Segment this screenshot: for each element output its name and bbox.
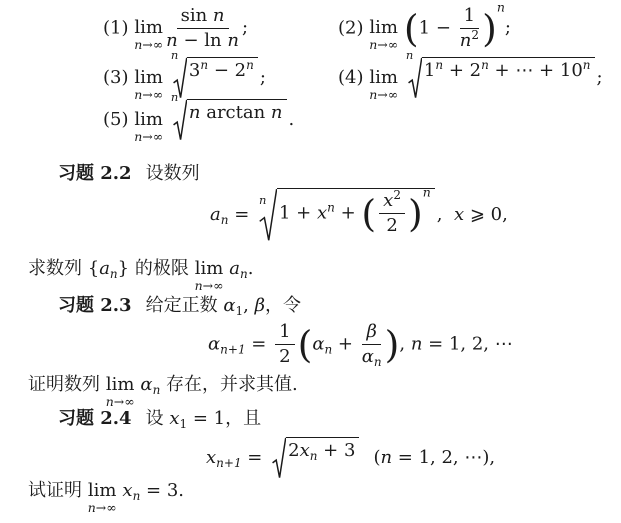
exponent: n: [481, 58, 489, 72]
term: + 3: [317, 440, 355, 461]
variable: x: [317, 202, 327, 223]
close-paren: ): [482, 6, 497, 50]
item-number: (1): [103, 17, 129, 38]
problem-item-1: (1) limn→∞sin nn − ln n;: [103, 6, 248, 52]
variable: α: [362, 346, 374, 367]
problem-item-4: (4) limn→∞ n1n + 2n + ⋯ + 10n;: [338, 57, 603, 101]
limit-op-text: lim: [369, 18, 398, 38]
fraction-denominator: 2: [279, 345, 290, 367]
text: = 3.: [140, 480, 184, 501]
variable: n: [213, 5, 225, 26]
limit-op-text: lim: [106, 375, 135, 395]
function-name: sin: [181, 5, 213, 26]
variable: a: [229, 258, 240, 279]
text: 求数列 {: [28, 258, 99, 279]
sequence-term: a: [210, 204, 221, 225]
subscript: n+1: [220, 342, 245, 356]
exercise-24-formula: xn+1 = 2xn + 3(n = 1, 2, ⋯),: [206, 437, 495, 479]
coefficient: 2: [288, 440, 299, 461]
exponent: n: [583, 58, 591, 72]
exercise-22-formula: an = n1 + xn + (x22)n, x ⩾ 0,: [210, 188, 508, 242]
textbook-page: (1) limn→∞sin nn − ln n; (2) limn→∞ (1 −…: [0, 0, 621, 523]
root-index: n: [171, 50, 178, 62]
variable: x: [122, 480, 132, 501]
fraction-denominator: 2: [386, 214, 397, 236]
exponent: 2: [471, 28, 479, 42]
variable: x: [454, 204, 464, 225]
radicand: 2xn + 3: [286, 437, 359, 479]
item-number: (5): [103, 109, 129, 130]
limit-subscript: n→∞: [134, 131, 163, 144]
limit-operator: limn→∞: [134, 18, 163, 51]
problem-item-2: (2) limn→∞ (1 − 1n2)n;: [338, 6, 511, 52]
root-index: n: [406, 50, 413, 62]
item-number: (3): [103, 67, 129, 88]
limit-operator: limn→∞: [369, 68, 398, 101]
limit-operator: limn→∞: [134, 68, 163, 101]
limit-op-text: lim: [369, 68, 398, 88]
variable: n: [189, 102, 201, 123]
item-number: (4): [338, 67, 364, 88]
nth-root: nn arctan n: [173, 99, 287, 141]
text: 给定正数: [146, 295, 224, 316]
operator: +: [332, 333, 359, 354]
exponent: n: [327, 200, 335, 214]
fraction-denominator: αn: [362, 345, 382, 367]
operator: +: [335, 202, 362, 223]
limit-op-text: lim: [134, 110, 163, 130]
radical-sign-icon: [272, 437, 286, 479]
punctuation: ,: [437, 204, 454, 225]
term: 2: [235, 60, 246, 81]
operator: +: [443, 60, 470, 81]
limit-operator: limn→∞: [134, 110, 163, 143]
fraction-numerator: β: [362, 322, 380, 345]
limit-operator: limn→∞: [369, 18, 398, 51]
fraction-numerator: x2: [379, 191, 405, 214]
limit-op-text: lim: [134, 68, 163, 88]
radical-sign-icon: [173, 99, 187, 141]
fraction-numerator: 1: [275, 322, 294, 345]
equals: =: [242, 447, 269, 468]
condition: ⩾ 0,: [464, 204, 508, 225]
limit-subscript: n→∞: [369, 89, 398, 102]
nth-root: n3n − 2n: [173, 57, 258, 99]
limit-subscript: n→∞: [369, 39, 398, 52]
text: 设: [146, 408, 170, 429]
punctuation: ;: [597, 67, 603, 88]
variable: x: [383, 190, 393, 211]
subscript: 1: [179, 417, 187, 431]
open-paren: (: [404, 6, 419, 50]
exercise-title: 习题 2.4: [58, 408, 132, 429]
fraction: βαn: [362, 322, 382, 367]
exercise-23-heading: 习题 2.3给定正数 α1, β，令: [58, 291, 301, 317]
exercise-22-question: 求数列 {an} 的极限 limn→∞ an.: [28, 254, 253, 292]
problem-item-3: (3) limn→∞ n3n − 2n;: [103, 57, 266, 101]
punctuation: .: [248, 258, 254, 279]
fraction-numerator: 1: [460, 6, 479, 29]
limit-operator: limn→∞: [195, 259, 224, 292]
nth-root: n1n + 2n + ⋯ + 10n: [408, 57, 595, 99]
text: 证明数列: [28, 374, 106, 395]
text: ，令: [265, 295, 301, 316]
limit-subscript: n→∞: [134, 39, 163, 52]
limit-op-text: lim: [134, 18, 163, 38]
function-name: arctan: [201, 102, 271, 123]
fraction: x22: [379, 191, 405, 236]
variable: n: [460, 30, 472, 51]
text: = 1，且: [187, 408, 261, 429]
exercise-23-formula: αn+1 = 12(αn + βαn), n = 1, 2, ⋯: [208, 322, 513, 367]
open-paren: (: [298, 322, 313, 366]
text: 存在，并求其值.: [160, 374, 297, 395]
fraction-numerator: sin n: [177, 6, 229, 29]
equals: =: [246, 333, 273, 354]
exercise-22-heading: 习题 2.2设数列: [58, 159, 200, 185]
square-root: 2xn + 3: [272, 437, 359, 479]
variable: n: [227, 30, 239, 51]
variable: a: [99, 258, 110, 279]
subscript: n: [240, 267, 248, 281]
subscript: n: [374, 355, 382, 369]
text: } 的极限: [118, 258, 195, 279]
exercise-intro: 设数列: [146, 163, 200, 184]
variable: α: [140, 374, 152, 395]
index-range: = 1, 2, ⋯: [422, 333, 512, 354]
punctuation: ;: [505, 17, 511, 38]
paren-exponent: n: [423, 184, 431, 199]
exercise-24-conclusion: 试证明 limn→∞ xn = 3.: [28, 476, 184, 514]
index-range: = 1, 2, ⋯),: [392, 447, 495, 468]
limit-subscript: n→∞: [88, 502, 117, 515]
paren-exponent: n: [497, 0, 505, 14]
punctuation: ,: [399, 333, 410, 354]
equals: =: [228, 204, 255, 225]
open-paren: (: [361, 191, 376, 235]
exercise-intro: 给定正数 α1, β，令: [146, 295, 301, 316]
problem-item-5: (5) limn→∞ nn arctan n.: [103, 99, 294, 143]
variable: n: [271, 102, 283, 123]
root-index: n: [171, 92, 178, 104]
exercise-23-conclusion: 证明数列 limn→∞ αn 存在，并求其值.: [28, 370, 298, 408]
close-paren: ): [408, 191, 423, 235]
exponent: 2: [393, 188, 401, 202]
operator: + ⋯ +: [489, 60, 560, 81]
variable: β: [255, 295, 265, 316]
radical-sign-icon: [408, 57, 422, 99]
term: 2: [470, 60, 481, 81]
subscript: n: [110, 267, 118, 281]
fraction-denominator: n2: [460, 29, 479, 51]
variable: α: [312, 333, 324, 354]
sequence-term: x: [206, 447, 216, 468]
term: 3: [189, 60, 200, 81]
radicand: 3n − 2n: [187, 57, 258, 99]
subscript: 1: [235, 304, 243, 318]
variable: n: [380, 447, 392, 468]
text: ,: [243, 295, 254, 316]
operator: − ln: [178, 30, 228, 51]
radicand: 1n + 2n + ⋯ + 10n: [422, 57, 595, 99]
punctuation: ;: [242, 17, 248, 38]
exponent: n: [200, 58, 208, 72]
fraction: 1n2: [460, 6, 479, 51]
term: 1 −: [419, 17, 457, 38]
exercise-intro: 设 x1 = 1，且: [146, 408, 262, 429]
variable: n: [411, 333, 423, 354]
punctuation: .: [289, 109, 295, 130]
punctuation: ;: [260, 67, 266, 88]
variable: α: [223, 295, 235, 316]
limit-op-text: lim: [88, 481, 117, 501]
limit-op-text: lim: [195, 259, 224, 279]
operator: −: [208, 60, 235, 81]
exercise-title: 习题 2.2: [58, 163, 132, 184]
term: 1 +: [279, 202, 317, 223]
variable: x: [300, 440, 310, 461]
text: 试证明: [28, 480, 88, 501]
term: 1: [424, 60, 435, 81]
close-paren: ): [385, 322, 400, 366]
radicand: 1 + xn + (x22)n: [277, 188, 435, 242]
fraction: sin nn − ln n: [166, 6, 239, 51]
exponent: n: [435, 58, 443, 72]
item-number: (2): [338, 17, 364, 38]
root-index: n: [259, 195, 266, 207]
radicand: n arctan n: [187, 99, 287, 141]
fraction: 12: [275, 322, 294, 367]
limit-operator: limn→∞: [88, 481, 117, 514]
exponent: n: [246, 58, 254, 72]
subscript: n+1: [216, 456, 241, 470]
sequence-term: α: [208, 333, 220, 354]
term: 10: [560, 60, 583, 81]
nth-root: n1 + xn + (x22)n: [259, 188, 435, 242]
exercise-24-heading: 习题 2.4设 x1 = 1，且: [58, 404, 261, 430]
variable: x: [169, 408, 179, 429]
exercise-title: 习题 2.3: [58, 295, 132, 316]
